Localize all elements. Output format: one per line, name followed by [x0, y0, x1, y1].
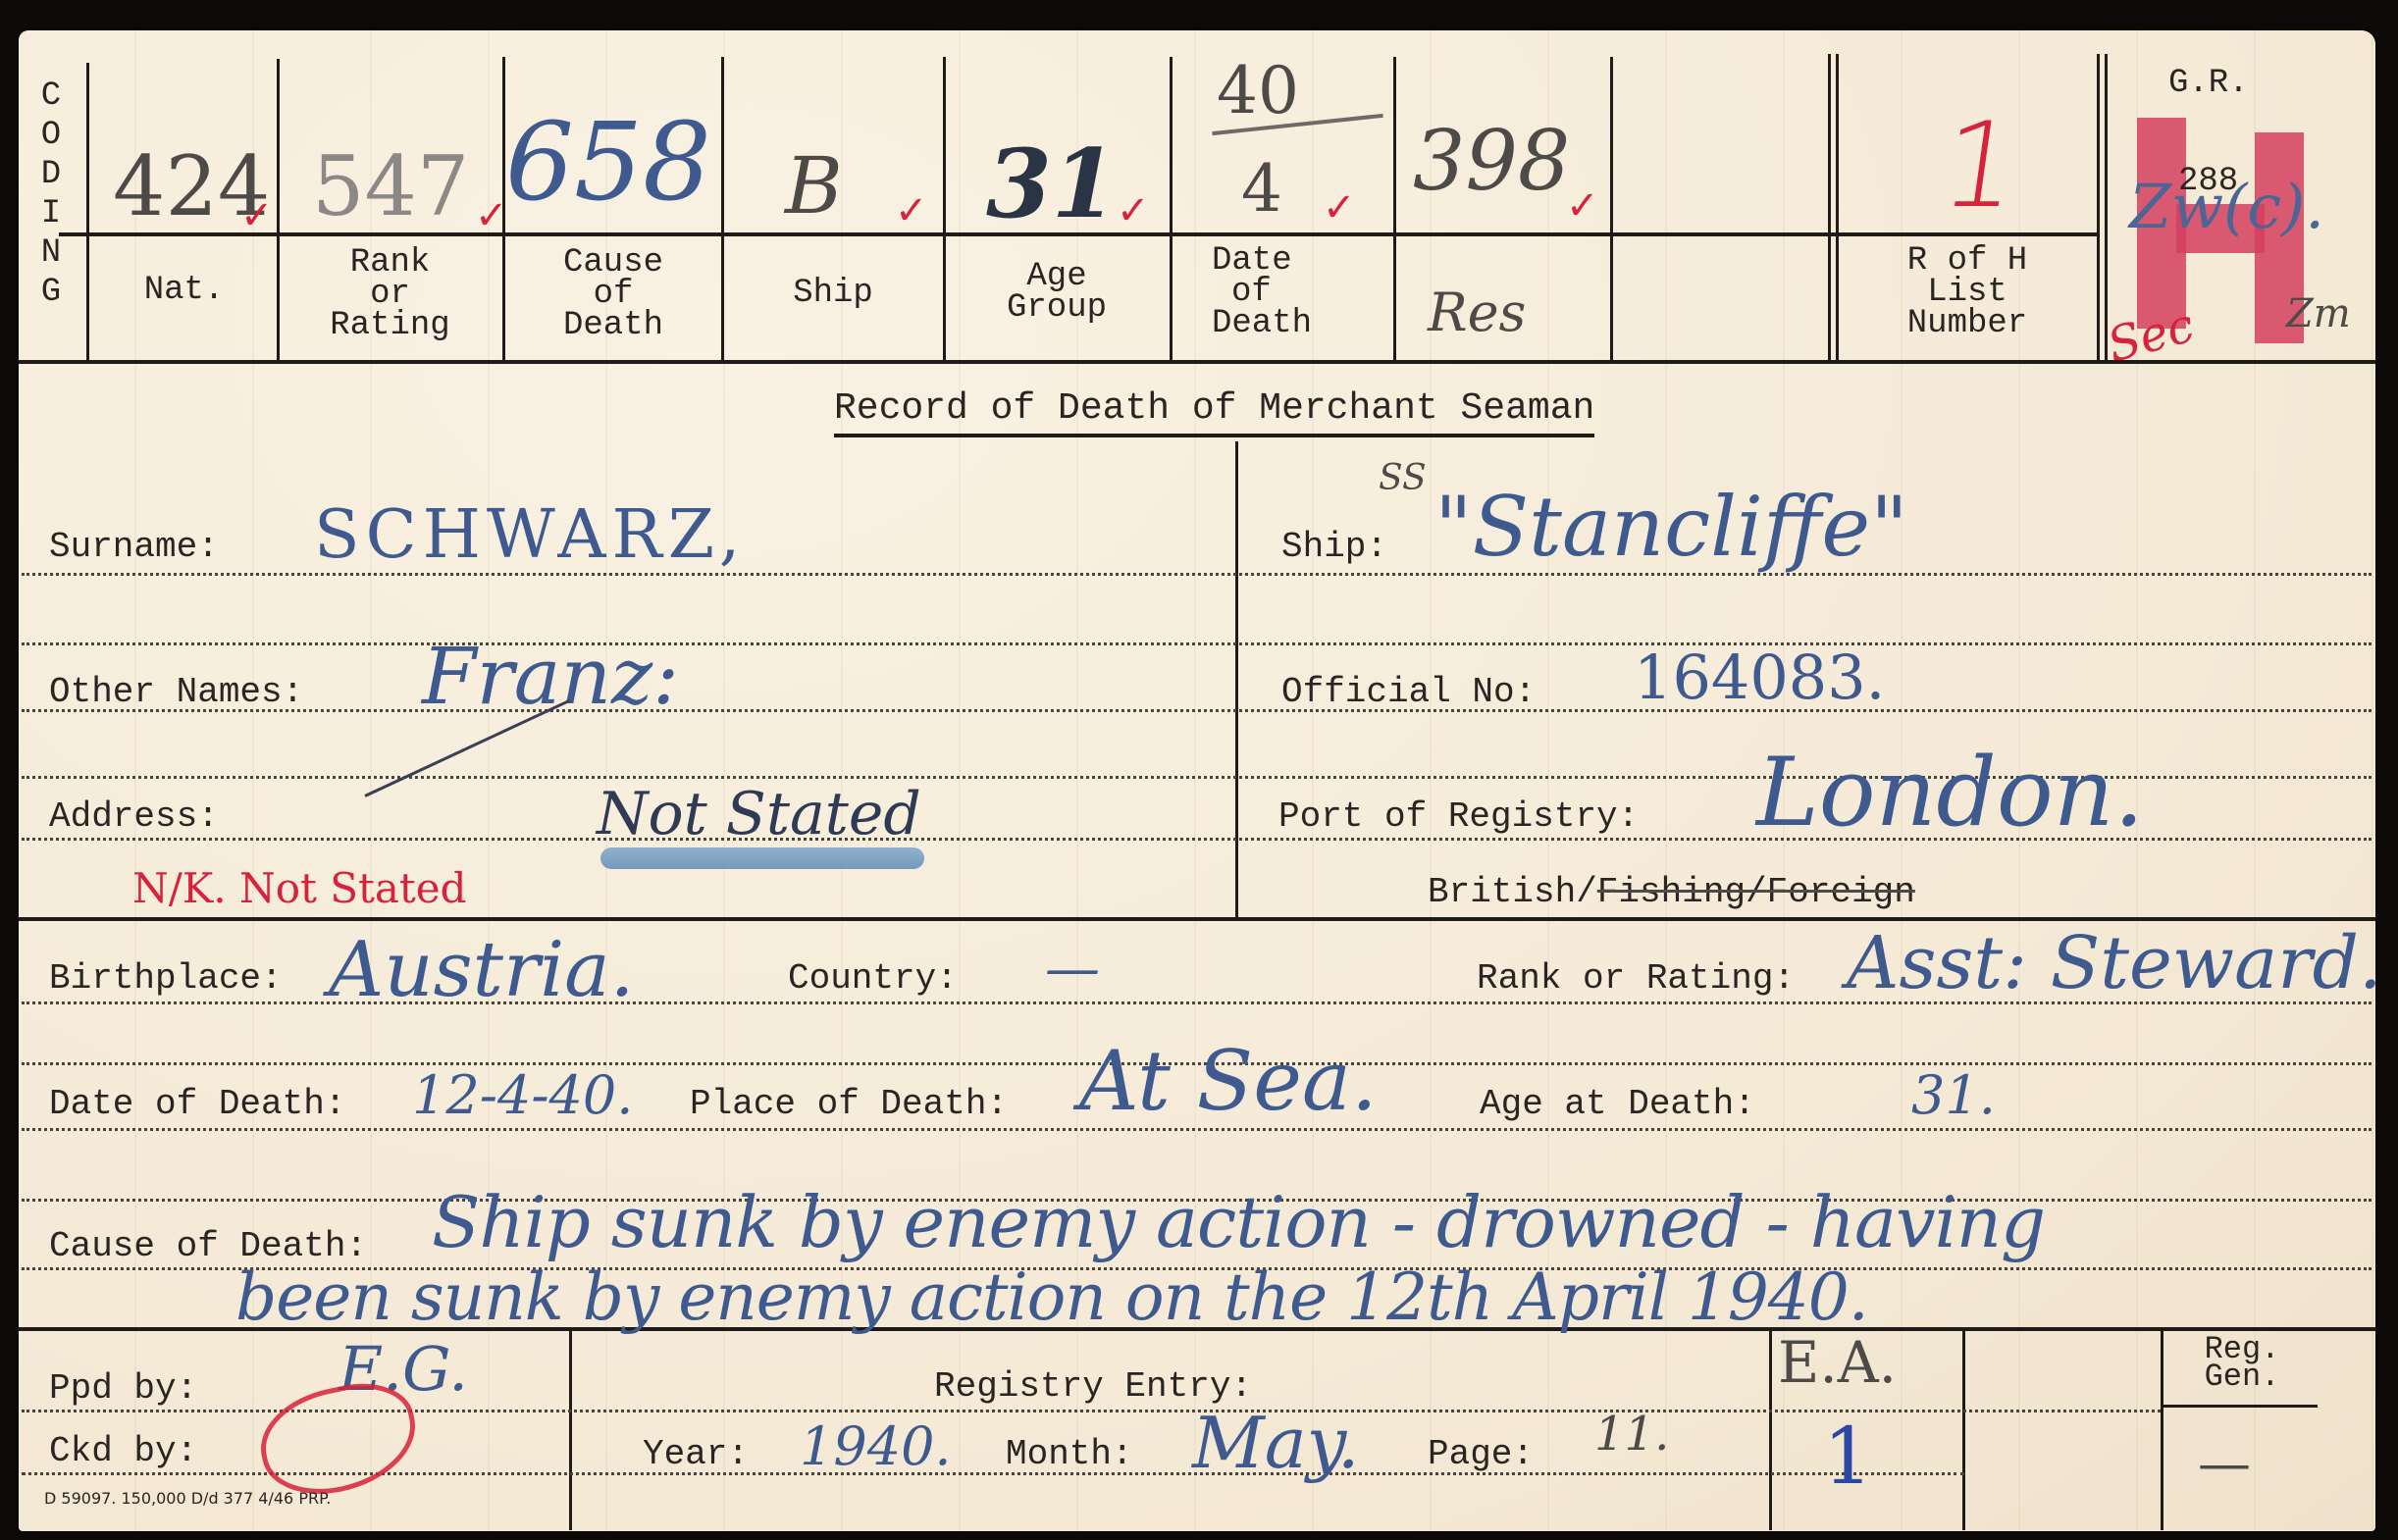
surname-label: Surname: [49, 530, 219, 565]
month-label: Month: [1006, 1437, 1133, 1472]
column-header-nat: Nat. [93, 275, 275, 306]
cause-of-death-line1[interactable]: Ship sunk by enemy action - drowned - ha… [432, 1187, 2045, 1258]
divider [1836, 54, 1839, 361]
age-group-code: 31 [986, 137, 1118, 231]
type-foreign-struck: Foreign [1767, 872, 1915, 912]
address-value[interactable]: Not Stated [597, 785, 921, 844]
check-mark-icon: ✓ [1323, 188, 1356, 228]
column-header-ship: Ship [724, 278, 942, 309]
reg-gen-label: Reg. Gen. [2163, 1336, 2320, 1391]
page-title: Record of Death of Merchant Seaman [834, 387, 1594, 437]
address-annotation: N/K. Not Stated [132, 868, 467, 909]
rule-line [22, 642, 2372, 645]
date-code-month: 4 [1241, 157, 1282, 222]
rule-line [22, 709, 2372, 712]
birthplace-value[interactable]: Austria. [329, 932, 634, 1008]
divider [569, 1329, 572, 1530]
cause-code: 658 [505, 108, 711, 216]
coding-letter: O [31, 116, 71, 155]
header-line: Age [946, 261, 1168, 292]
surname-value[interactable]: SCHWARZ, [314, 502, 746, 569]
port-of-registry-value[interactable]: London. [1756, 745, 2144, 840]
ea-value[interactable]: 1 [1823, 1417, 1873, 1496]
header-line: Number [1840, 308, 2095, 339]
page-label: Page: [1428, 1437, 1534, 1472]
age-at-death-value[interactable]: 31. [1911, 1069, 1996, 1122]
check-mark-icon: ✓ [1117, 191, 1150, 231]
type-british: British/ [1428, 872, 1597, 912]
vessel-type: British/Fishing/Foreign [1428, 875, 1915, 910]
divider [2097, 54, 2100, 361]
date-code-year: 40 [1217, 59, 1299, 124]
header-line: R of H [1840, 245, 2095, 277]
header-line: Nat. [93, 275, 275, 306]
birthplace-label: Birthplace: [49, 961, 283, 997]
column-header-r-of-h: R of H List Number [1840, 245, 2095, 339]
header-line: Gen. [2163, 1363, 2320, 1391]
divider [2105, 54, 2108, 361]
ship-prefix: SS [1379, 461, 1427, 496]
res-code: 398 [1413, 120, 1570, 202]
rank-or-rating-label: Rank or Rating: [1477, 961, 1795, 997]
header-line: of [1212, 277, 1398, 308]
official-no-label: Official No: [1281, 675, 1536, 710]
coding-letter: G [31, 273, 71, 312]
gr-annotation-pencil: Zm [2286, 294, 2351, 334]
header-line: Ship [724, 278, 942, 309]
type-fishing-struck: Fishing/ [1597, 872, 1767, 912]
check-mark-icon: ✓ [475, 196, 508, 235]
check-mark-icon: ✓ [1566, 186, 1599, 226]
header-line: or [280, 279, 500, 310]
year-value[interactable]: 1940. [800, 1420, 952, 1473]
column-header-date-of-death: Date of Death [1173, 245, 1398, 339]
ship-value[interactable]: "Stancliffe" [1434, 486, 1908, 568]
rank-or-rating-value[interactable]: Asst: Steward. [1847, 927, 2382, 1000]
divider [1235, 441, 1238, 919]
coding-side-label: C O D I N G [31, 77, 71, 312]
ship-label: Ship: [1281, 530, 1387, 565]
place-of-death-label: Place of Death: [690, 1087, 1008, 1122]
age-at-death-label: Age at Death: [1480, 1087, 1755, 1122]
header-line: List [1840, 277, 2095, 308]
country-value[interactable]: — [1045, 942, 1100, 997]
divider [721, 57, 724, 361]
header-line: of [505, 279, 721, 310]
column-header-age-group: Age Group [946, 261, 1168, 324]
month-value[interactable]: May. [1192, 1408, 1360, 1478]
header-line: Death [1212, 308, 1398, 339]
highlight-mark [600, 847, 924, 869]
year-label: Year: [643, 1437, 749, 1472]
ckd-by-label: Ckd by: [49, 1434, 197, 1469]
column-header-rank: Rank or Rating [280, 247, 500, 341]
column-header-res: Res [1428, 286, 1526, 339]
divider [19, 360, 2375, 364]
address-label: Address: [49, 799, 219, 835]
divider [2161, 1405, 2318, 1408]
divider [1610, 57, 1613, 361]
form-code: D 59097. 150,000 D/d 377 4/46 PRP. [44, 1489, 331, 1508]
port-of-registry-label: Port of Registry: [1278, 799, 1639, 835]
coding-letter: I [31, 194, 71, 233]
rank-code: 547 [312, 145, 469, 228]
country-label: Country: [788, 961, 958, 997]
gr-label: G.R. [2168, 67, 2249, 100]
gr-annotation: Zw(c). [2129, 177, 2324, 237]
coding-letter: D [31, 155, 71, 194]
place-of-death-value[interactable]: At Sea. [1079, 1040, 1378, 1122]
date-of-death-label: Date of Death: [49, 1087, 345, 1122]
divider [1962, 1329, 1965, 1530]
check-mark-icon: ✓ [895, 191, 928, 231]
date-of-death-value[interactable]: 12-4-40. [412, 1069, 633, 1122]
ppd-by-label: Ppd by: [49, 1371, 197, 1407]
official-no-value[interactable]: 164083. [1634, 647, 1885, 708]
header-line: Cause [505, 247, 721, 279]
divider [1769, 1329, 1772, 1530]
header-line: Group [946, 292, 1168, 324]
divider [1828, 54, 1831, 361]
other-names-label: Other Names: [49, 675, 303, 710]
ship-code: B [785, 147, 843, 226]
divider [86, 63, 89, 361]
header-line: Date [1212, 245, 1398, 277]
header-line: Rank [280, 247, 500, 279]
reg-gen-value[interactable]: — [2198, 1437, 2251, 1490]
ea-label: E.A. [1778, 1334, 1897, 1391]
check-mark-icon: ✓ [240, 196, 274, 235]
header-line: Death [505, 310, 721, 341]
coding-letter: C [31, 77, 71, 116]
coding-letter: N [31, 233, 71, 273]
header-line: Rating [280, 310, 500, 341]
other-names-value[interactable]: Franz: [422, 638, 679, 716]
cause-of-death-line2[interactable]: been sunk by enemy action on the 12th Ap… [235, 1265, 1868, 1330]
page-value[interactable]: 11. [1594, 1411, 1669, 1458]
column-header-cause: Cause of Death [505, 247, 721, 341]
registry-entry-label: Registry Entry: [934, 1369, 1252, 1405]
